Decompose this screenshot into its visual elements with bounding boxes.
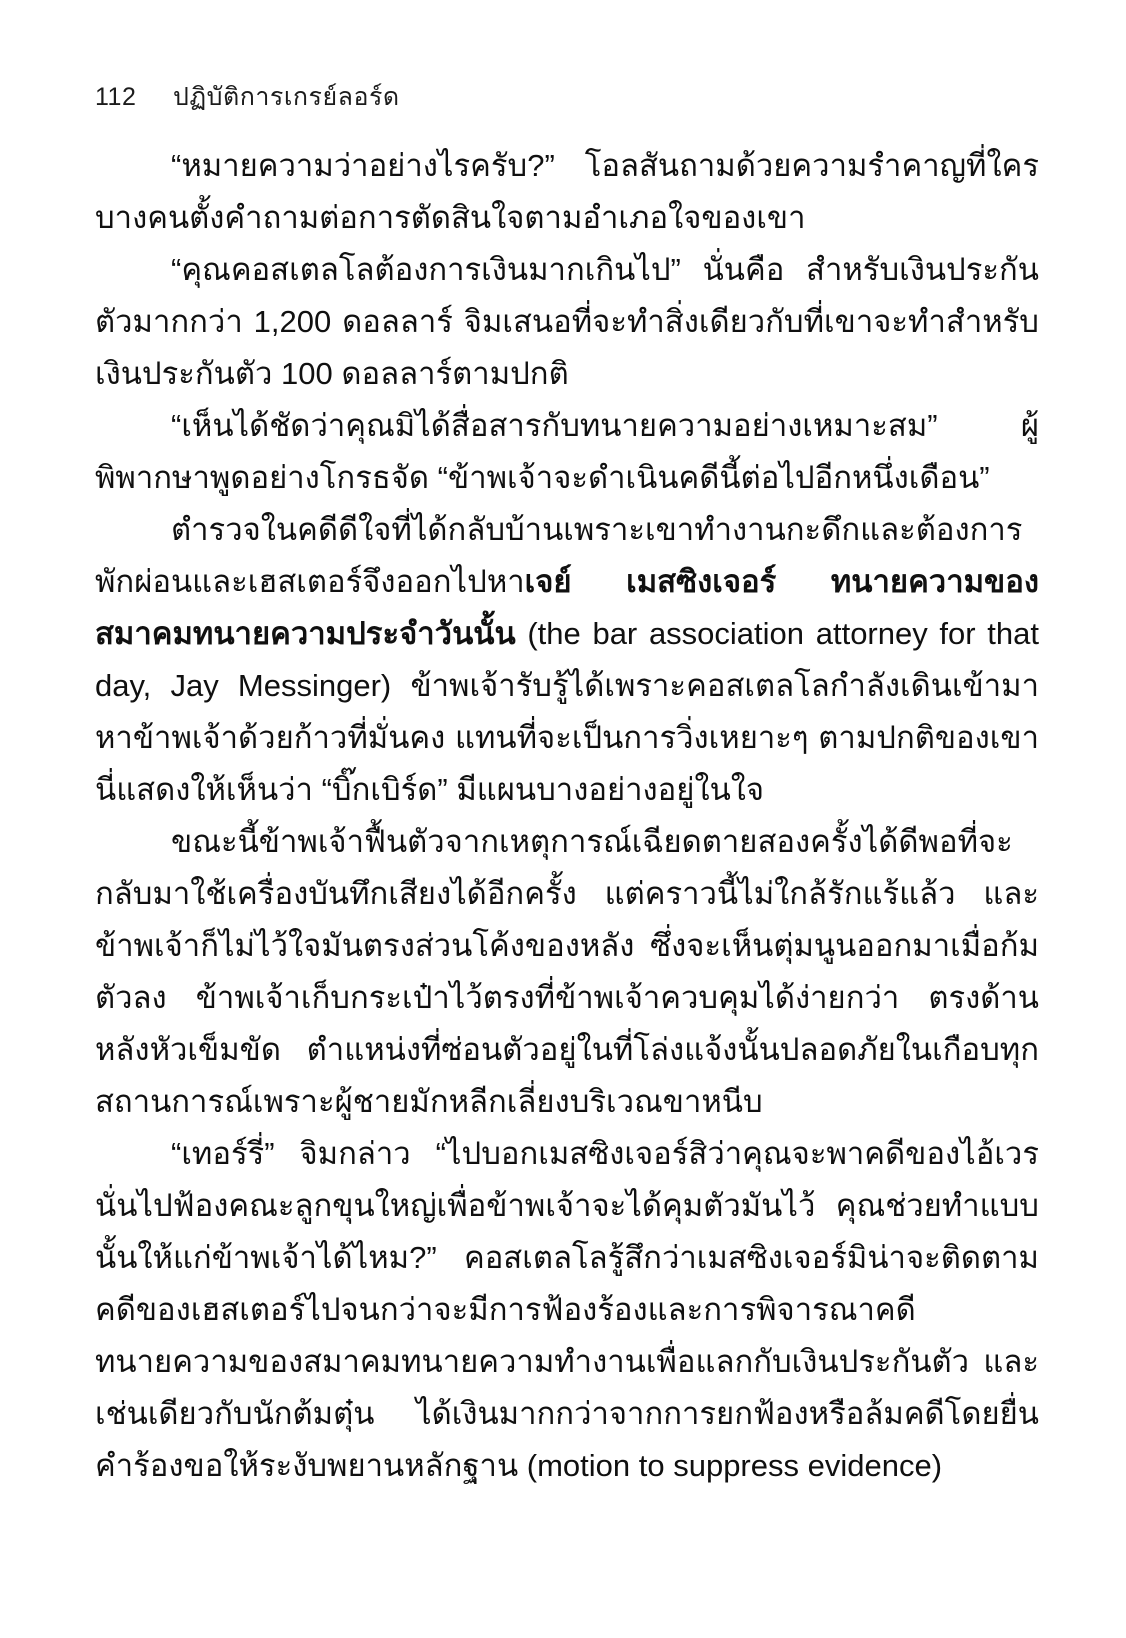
paragraph: ตำรวจในคดีดีใจที่ได้กลับบ้านเพราะเขาทำงา…	[95, 504, 1039, 816]
paragraph: “เห็นได้ชัดว่าคุณมิได้สื่อสารกับทนายความ…	[95, 400, 1039, 504]
paragraph: “หมายความว่าอย่างไรครับ?” โอลสันถามด้วยค…	[95, 140, 1039, 244]
running-head-title: ปฏิบัติการเกรย์ลอร์ด	[173, 82, 400, 112]
book-page: 112 ปฏิบัติการเกรย์ลอร์ด “หมายความว่าอย่…	[0, 0, 1126, 1638]
paragraph: “คุณคอสเตลโลต้องการเงินมากเกินไป” นั่นคื…	[95, 244, 1039, 400]
text-run: “เทอร์รี่” จิมกล่าว “ไปบอกเมสซิงเจอร์สิว…	[95, 1136, 1039, 1483]
body-text: “หมายความว่าอย่างไรครับ?” โอลสันถามด้วยค…	[95, 140, 1039, 1492]
paragraph: ขณะนี้ข้าพเจ้าฟื้นตัวจากเหตุการณ์เฉียดตา…	[95, 816, 1039, 1128]
paragraph: “เทอร์รี่” จิมกล่าว “ไปบอกเมสซิงเจอร์สิว…	[95, 1128, 1039, 1492]
running-header: 112 ปฏิบัติการเกรย์ลอร์ด	[95, 82, 1036, 112]
text-run: “คุณคอสเตลโลต้องการเงินมากเกินไป” นั่นคื…	[95, 252, 1039, 391]
text-run: “หมายความว่าอย่างไรครับ?” โอลสันถามด้วยค…	[95, 148, 1039, 235]
text-run: “เห็นได้ชัดว่าคุณมิได้สื่อสารกับทนายความ…	[95, 408, 1039, 495]
page-number: 112	[95, 82, 139, 112]
text-run: ขณะนี้ข้าพเจ้าฟื้นตัวจากเหตุการณ์เฉียดตา…	[95, 824, 1039, 1119]
